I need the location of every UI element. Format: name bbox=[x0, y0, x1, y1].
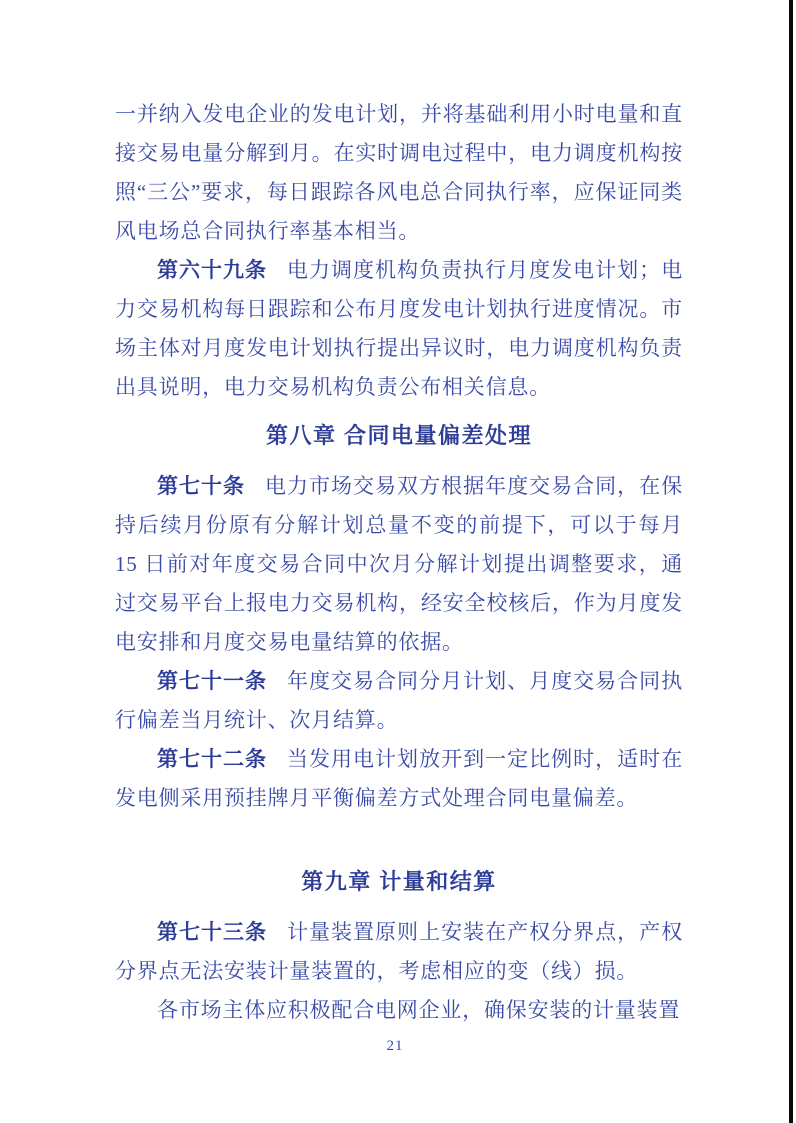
article-72: 第七十二条当发用电计划放开到一定比例时，适时在发电侧采用预挂牌月平衡偏差方式处理… bbox=[115, 740, 683, 818]
paragraph-market-entities: 各市场主体应积极配合电网企业，确保安装的计量装置 bbox=[115, 991, 683, 1030]
paragraph-continuation: 一并纳入发电企业的发电计划，并将基础利用小时电量和直接交易电量分解到月。在实时调… bbox=[115, 95, 683, 251]
article-69: 第六十九条电力调度机构负责执行月度发电计划；电力交易机构每日跟踪和公布月度发电计… bbox=[115, 251, 683, 407]
article-71-number: 第七十一条 bbox=[157, 670, 267, 693]
article-73: 第七十三条计量装置原则上安装在产权分界点，产权分界点无法安装计量装置的，考虑相应… bbox=[115, 913, 683, 991]
article-71: 第七十一条年度交易合同分月计划、月度交易合同执行偏差当月统计、次月结算。 bbox=[115, 662, 683, 740]
article-69-number: 第六十九条 bbox=[157, 259, 267, 282]
chapter-8-heading: 第八章 合同电量偏差处理 bbox=[115, 416, 683, 455]
document-page: 一并纳入发电企业的发电计划，并将基础利用小时电量和直接交易电量分解到月。在实时调… bbox=[0, 0, 796, 1123]
scan-edge-artifact bbox=[789, 0, 793, 1123]
article-70-number: 第七十条 bbox=[157, 475, 245, 498]
chapter-9-heading: 第九章 计量和结算 bbox=[115, 862, 683, 901]
article-72-number: 第七十二条 bbox=[157, 748, 267, 771]
page-number: 21 bbox=[0, 1038, 790, 1055]
article-70: 第七十条电力市场交易双方根据年度交易合同，在保持后续月份原有分解计划总量不变的前… bbox=[115, 467, 683, 662]
article-70-text: 电力市场交易双方根据年度交易合同，在保持后续月份原有分解计划总量不变的前提下，可… bbox=[115, 474, 683, 654]
article-73-number: 第七十三条 bbox=[157, 921, 267, 944]
text-column: 一并纳入发电企业的发电计划，并将基础利用小时电量和直接交易电量分解到月。在实时调… bbox=[115, 95, 683, 1030]
